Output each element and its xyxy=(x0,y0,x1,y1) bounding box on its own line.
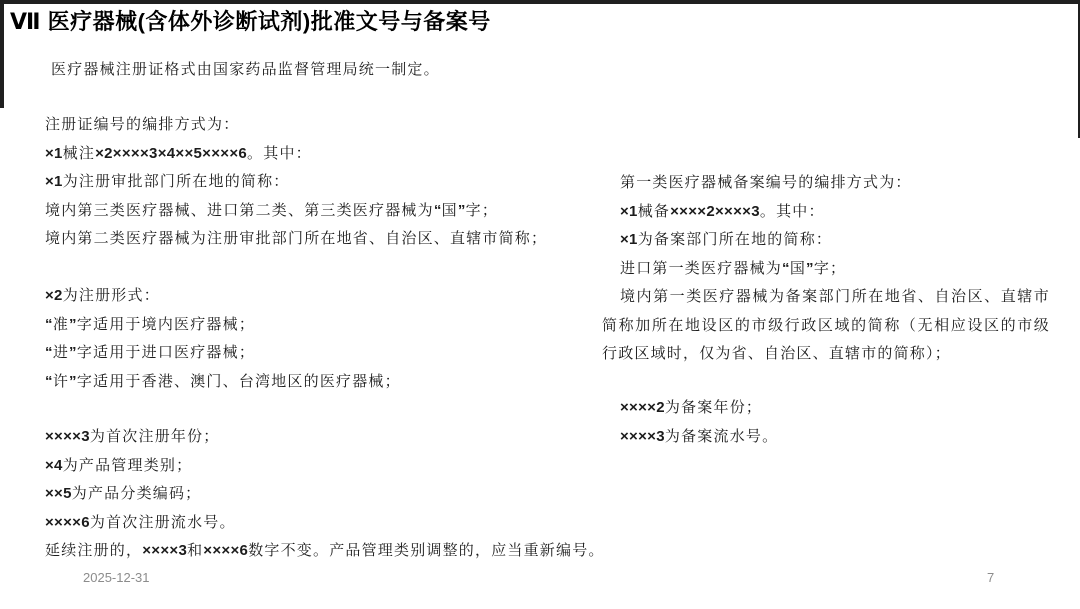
code-bold-segment: ×2 xyxy=(45,287,63,304)
code-bold-segment: “ xyxy=(45,373,53,390)
text-segment: 进口第一类医疗器械为 xyxy=(620,261,782,277)
code-bold-segment: ××××3 xyxy=(45,428,90,445)
left-text-column: 医疗器械注册证格式由国家药品监督管理局统一制定。注册证编号的编排方式为：×1械注… xyxy=(45,0,670,609)
code-bold-segment: ” xyxy=(69,373,77,390)
text-block: ××××2为备案年份；××××3为备案流水号。 xyxy=(602,394,1050,451)
paragraph: “进”字适用于进口医疗器械； xyxy=(45,339,670,368)
text-segment: 境内第二类医疗器械为注册审批部门所在地省、自治区、直辖市简称； xyxy=(45,231,547,247)
text-segment: 为首次注册流水号。 xyxy=(90,515,236,531)
text-segment: 和 xyxy=(187,543,203,559)
paragraph: 延续注册的，××××3和××××6数字不变。产品管理类别调整的，应当重新编号。 xyxy=(45,537,670,566)
text-segment: 为首次注册年份； xyxy=(90,429,220,445)
paragraph: ××××3为首次注册年份； xyxy=(45,423,670,452)
code-bold-segment: ×4 xyxy=(45,457,63,474)
code-bold-segment: ××××6 xyxy=(45,514,90,531)
text-segment: 许 xyxy=(53,374,69,390)
code-bold-segment: ” xyxy=(806,260,814,277)
text-segment: 准 xyxy=(53,317,69,333)
slide-left-border xyxy=(0,0,4,108)
text-segment: 境内第三类医疗器械、进口第二类、第三类医疗器械为 xyxy=(45,203,434,219)
text-block: ××××3为首次注册年份；×4为产品管理类别；××5为产品分类编码；××××6为… xyxy=(45,423,670,566)
paragraph: ×4为产品管理类别； xyxy=(45,452,670,481)
code-bold-segment: ” xyxy=(69,316,77,333)
paragraph: 注册证编号的编排方式为： xyxy=(45,111,670,140)
code-bold-segment: ××××3 xyxy=(620,428,665,445)
text-segment: 为备案部门所在地的简称： xyxy=(638,232,832,248)
code-bold-segment: ” xyxy=(458,202,466,219)
text-segment: 进 xyxy=(53,345,69,361)
paragraph: ×1为注册审批部门所在地的简称： xyxy=(45,168,670,197)
text-segment: 第一类医疗器械备案编号的编排方式为： xyxy=(620,175,912,191)
code-bold-segment: ××××3 xyxy=(142,542,187,559)
text-segment: 医疗器械注册证格式由国家药品监督管理局统一制定。 xyxy=(51,62,440,78)
paragraph: “准”字适用于境内医疗器械； xyxy=(45,311,670,340)
paragraph: ××××6为首次注册流水号。 xyxy=(45,509,670,538)
paragraph: “许”字适用于香港、澳门、台湾地区的医疗器械； xyxy=(45,368,670,397)
code-bold-segment: ×1 xyxy=(45,145,63,162)
text-segment: 字； xyxy=(814,261,846,277)
code-bold-segment: ××5 xyxy=(45,485,72,502)
code-bold-segment: “ xyxy=(45,316,53,333)
code-bold-segment: “ xyxy=(45,344,53,361)
text-segment: 字； xyxy=(466,203,498,219)
paragraph: 境内第三类医疗器械、进口第二类、第三类医疗器械为“国”字； xyxy=(45,197,670,226)
right-text-column: 第一类医疗器械备案编号的编排方式为：×1械备××××2××××3。其中：×1为备… xyxy=(602,0,1050,609)
text-segment: 械备 xyxy=(638,204,670,220)
code-bold-segment: ×1 xyxy=(620,203,638,220)
paragraph: ××××3为备案流水号。 xyxy=(602,423,1050,452)
text-segment: 字适用于进口医疗器械； xyxy=(77,345,255,361)
footer-date: 2025-12-31 xyxy=(83,569,150,587)
text-segment: 为注册形式： xyxy=(63,288,160,304)
code-bold-segment: “ xyxy=(782,260,790,277)
text-segment: 为产品分类编码； xyxy=(72,486,202,502)
text-block: ×2为注册形式：“准”字适用于境内医疗器械；“进”字适用于进口医疗器械；“许”字… xyxy=(45,282,670,396)
code-bold-segment: ×1 xyxy=(45,173,63,190)
paragraph: 境内第二类医疗器械为注册审批部门所在地省、自治区、直辖市简称； xyxy=(45,225,670,254)
code-bold-segment: “ xyxy=(434,202,442,219)
text-segment: 国 xyxy=(790,261,806,277)
paragraph: 境内第一类医疗器械为备案部门所在地省、自治区、直辖市简称加所在地设区的市级行政区… xyxy=(602,283,1050,369)
text-segment: 。其中： xyxy=(247,146,312,162)
text-segment: 为备案年份； xyxy=(665,400,762,416)
page-number: 7 xyxy=(987,569,994,587)
text-block: 医疗器械注册证格式由国家药品监督管理局统一制定。 xyxy=(45,56,670,85)
paragraph: ×2为注册形式： xyxy=(45,282,670,311)
text-segment: 字适用于境内医疗器械； xyxy=(77,317,255,333)
text-segment: 注册证编号的编排方式为： xyxy=(45,117,239,133)
text-segment: 为注册审批部门所在地的简称： xyxy=(63,174,290,190)
paragraph: ×1械备××××2××××3。其中： xyxy=(602,198,1050,227)
text-segment: 为备案流水号。 xyxy=(665,429,778,445)
text-segment: 境内第一类医疗器械为备案部门所在地省、自治区、直辖市简称加所在地设区的市级行政区… xyxy=(602,289,1050,362)
text-segment: 字适用于香港、澳门、台湾地区的医疗器械； xyxy=(77,374,401,390)
code-bold-segment: ×1 xyxy=(620,231,638,248)
code-bold-segment: ×2××××3×4××5××××6 xyxy=(95,145,247,162)
code-bold-segment: ” xyxy=(69,344,77,361)
text-block: 第一类医疗器械备案编号的编排方式为：×1械备××××2××××3。其中：×1为备… xyxy=(602,169,1050,369)
paragraph: ×1为备案部门所在地的简称： xyxy=(602,226,1050,255)
code-bold-segment: ××××2 xyxy=(620,399,665,416)
text-segment: 械注 xyxy=(63,146,95,162)
paragraph: ×1械注×2××××3×4××5××××6。其中： xyxy=(45,140,670,169)
code-bold-segment: ××××2××××3 xyxy=(670,203,760,220)
text-segment: 国 xyxy=(442,203,458,219)
text-segment: 为产品管理类别； xyxy=(63,458,193,474)
paragraph: 第一类医疗器械备案编号的编排方式为： xyxy=(602,169,1050,198)
paragraph: ××5为产品分类编码； xyxy=(45,480,670,509)
paragraph: ××××2为备案年份； xyxy=(602,394,1050,423)
text-segment: 延续注册的， xyxy=(45,543,142,559)
text-segment: 。其中： xyxy=(760,204,825,220)
text-segment: 数字不变。产品管理类别调整的，应当重新编号。 xyxy=(248,543,604,559)
paragraph: 进口第一类医疗器械为“国”字； xyxy=(602,255,1050,284)
text-block: 注册证编号的编排方式为：×1械注×2××××3×4××5××××6。其中：×1为… xyxy=(45,111,670,254)
paragraph: 医疗器械注册证格式由国家药品监督管理局统一制定。 xyxy=(45,56,670,85)
slide: Ⅶ 医疗器械(含体外诊断试剂)批准文号与备案号 医疗器械注册证格式由国家药品监督… xyxy=(0,0,1080,609)
code-bold-segment: ××××6 xyxy=(203,542,248,559)
